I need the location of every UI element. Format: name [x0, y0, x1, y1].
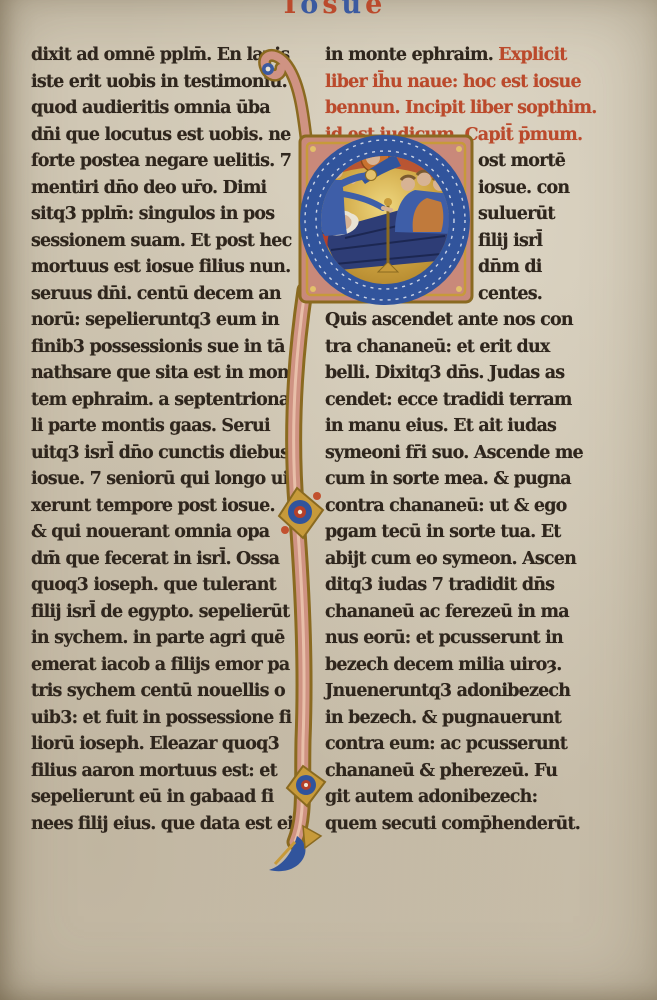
running-title-letter: o	[300, 0, 322, 20]
frame-corner-dot	[310, 146, 316, 152]
initial-stem-knot	[287, 766, 325, 806]
running-title-letter: u	[342, 0, 366, 20]
illuminated-initial-P	[245, 18, 480, 878]
initial-top-flourish	[262, 55, 307, 146]
running-title-letter: I	[284, 0, 301, 20]
frame-corner-dot	[456, 286, 462, 292]
rubric-run: Explicit	[498, 45, 566, 65]
frame-corner-dot	[310, 286, 316, 292]
running-title-letter: s	[322, 0, 341, 20]
initial-stem-knot	[279, 488, 323, 538]
running-title-letter: e	[365, 0, 386, 20]
initial-stem	[294, 290, 305, 842]
frame-corner-dot	[456, 146, 462, 152]
running-title: Iosue	[235, 0, 435, 20]
manuscript-page: Iosue dixit ad omnē pplm̄. En lapis iste…	[0, 0, 657, 1000]
initial-miniature	[300, 135, 472, 305]
